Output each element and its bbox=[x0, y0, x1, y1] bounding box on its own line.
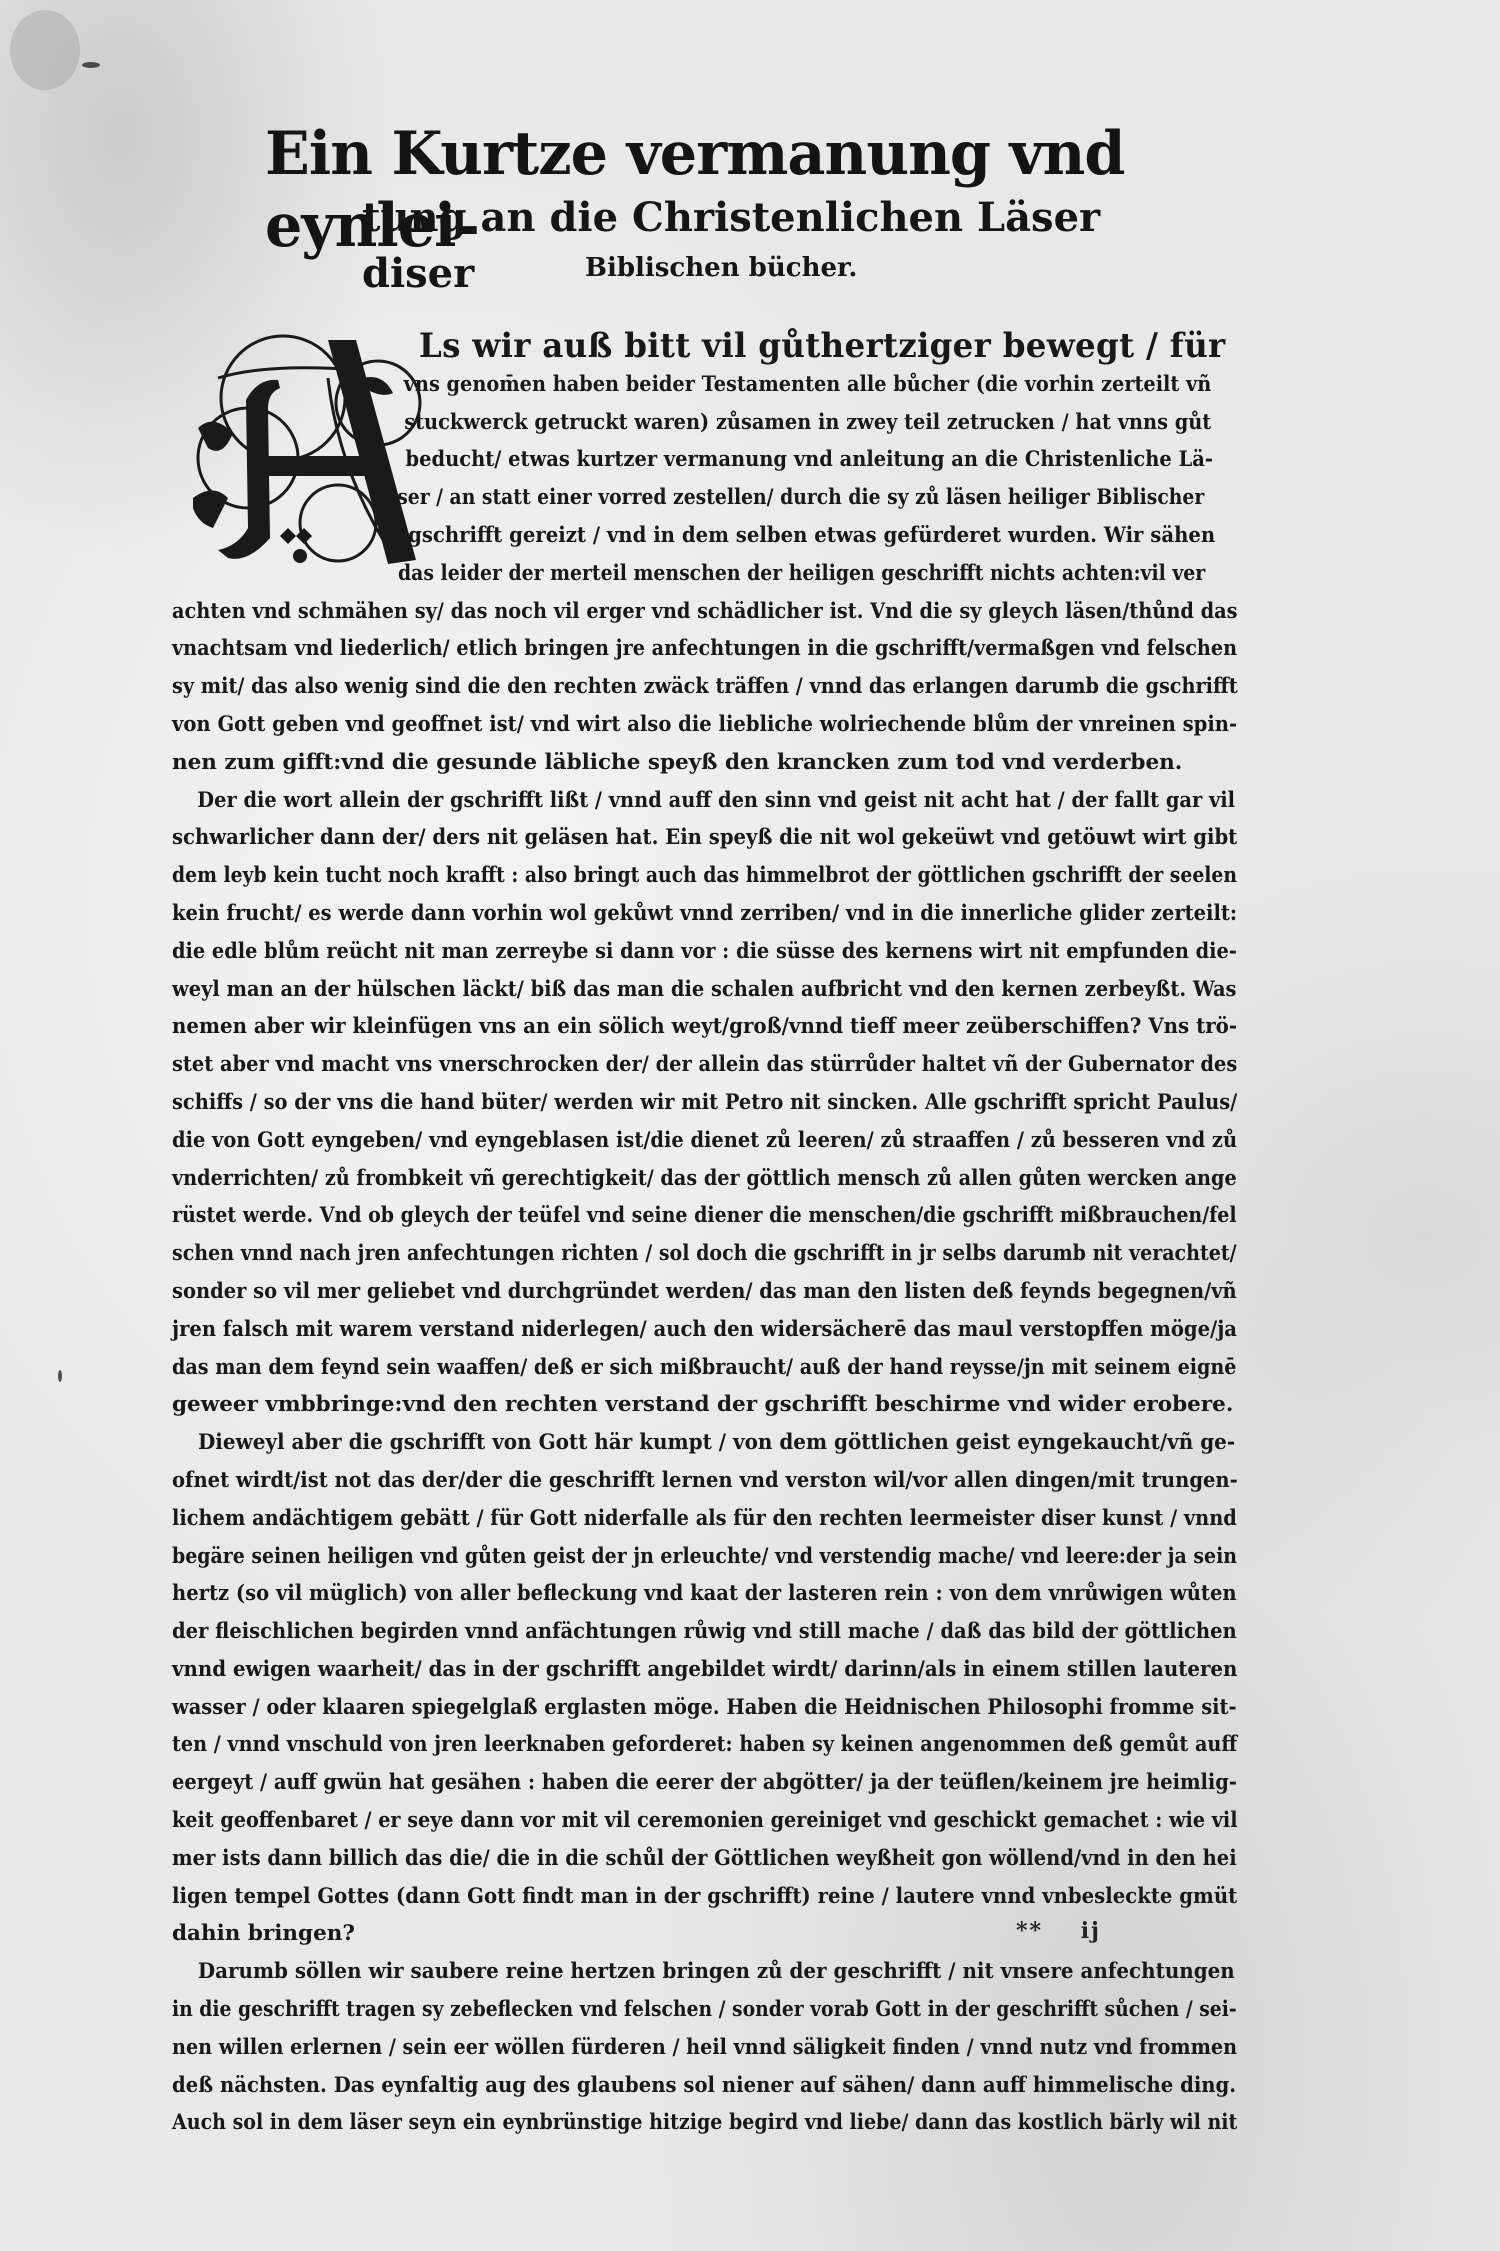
signature-asterisks: ** bbox=[1016, 1918, 1043, 1944]
book-page: Ein Kurtze vermanung vnd eynlei- tung an… bbox=[0, 0, 1500, 2251]
text-line: schen vnnd nach jren anfechtungen richte… bbox=[172, 1235, 1115, 1273]
text-line: gschrifft gereizt / vnd in dem selben et… bbox=[172, 517, 1146, 555]
text-line: geweer vmbbringe:vnd den rechten verstan… bbox=[172, 1386, 1237, 1424]
text-line: ten / vnnd vnschuld von jren leerknaben … bbox=[172, 1726, 1123, 1764]
text-line: vnderrichten/ zů frombkeit vñ gerechtigk… bbox=[172, 1160, 1124, 1198]
text-line: schwarlicher dann der/ ders nit geläsen … bbox=[172, 819, 1144, 857]
ink-speck bbox=[58, 1370, 62, 1382]
text-line: deß nächsten. Das eynfaltig aug des glau… bbox=[172, 2067, 1144, 2105]
signature-mark: ** ij bbox=[1016, 1918, 1101, 1944]
title-line-3: Biblischen bücher. bbox=[585, 248, 985, 288]
text-line: nemen aber wir kleinfügen vns an ein söl… bbox=[172, 1008, 1154, 1046]
folio-number: ij bbox=[1081, 1918, 1101, 1944]
paper-stain bbox=[10, 10, 80, 90]
text-line: stuckwerck getruckt waren) zůsamen in zw… bbox=[172, 404, 1131, 442]
text-line: lichem andächtigem gebätt / für Gott nid… bbox=[172, 1500, 1131, 1538]
text-line: vns genom̄en haben beider Testamenten al… bbox=[172, 366, 1128, 404]
text-line: nen willen erlernen / sein eer wöllen fü… bbox=[172, 2029, 1123, 2067]
text-line: von Gott geben vnd geoffnet ist/ vnd wir… bbox=[172, 706, 1141, 744]
text-line: stet aber vnd macht vns vnerschrocken de… bbox=[172, 1046, 1134, 1084]
text-line: das leider der merteil menschen der heil… bbox=[172, 555, 1105, 593]
text-line: die von Gott eyngeben/ vnd eyngeblasen i… bbox=[172, 1122, 1134, 1160]
text-line: schiffs / so der vns die hand büter/ wer… bbox=[172, 1084, 1133, 1122]
text-line: Auch sol in dem läser seyn ein eynbrünst… bbox=[172, 2104, 1113, 2142]
text-line: ofnet wirdt/ist not das der/der die gesc… bbox=[172, 1462, 1140, 1500]
text-line: sy mit/ das also wenig sind die den rech… bbox=[172, 668, 1126, 706]
text-line: keit geoffenbaret / er seye dann vor mit… bbox=[172, 1802, 1123, 1840]
text-line: nen zum gifft:vnd die gesunde läbliche s… bbox=[172, 744, 1237, 782]
text-line: in die geschrifft tragen sy zebeflecken … bbox=[172, 1991, 1101, 2029]
text-line: beducht/ etwas kurtzer vermanung vnd anl… bbox=[172, 441, 1136, 479]
paragraph-start-line: Der die wort allein der gschrifft lißt /… bbox=[172, 782, 1134, 820]
text-line: die edle blům reücht nit man zerreybe si… bbox=[172, 933, 1131, 971]
text-line: sonder so vil mer geliebet vnd durchgrün… bbox=[172, 1273, 1137, 1311]
text-line: begäre seinen heiligen vnd gůten geist d… bbox=[172, 1538, 1109, 1576]
text-line: Ls wir auß bitt vil gůthertziger bewegt … bbox=[172, 328, 1191, 366]
text-line: vnachtsam vnd liederlich/ etlich bringen… bbox=[172, 630, 1124, 668]
text-line: vnnd ewigen waarheit/ das in der gschrif… bbox=[172, 1651, 1152, 1689]
text-line: rüstet werde. Vnd ob gleych der teüfel v… bbox=[172, 1197, 1112, 1235]
text-line: das man dem feynd sein waaffen/ deß er s… bbox=[172, 1349, 1120, 1387]
ink-speck bbox=[82, 62, 100, 68]
text-line: kein frucht/ es werde dann vorhin wol ge… bbox=[172, 895, 1139, 933]
text-line: ser / an statt einer vorred zestellen/ d… bbox=[172, 479, 1102, 517]
paragraph-start-line: Dieweyl aber die gschrifft von Gott här … bbox=[172, 1424, 1160, 1462]
paragraph-start-line: Darumb söllen wir saubere reine hertzen … bbox=[172, 1953, 1157, 1991]
text-line: achten vnd schmähen sy/ das noch vil erg… bbox=[172, 593, 1129, 631]
text-line: eergeyt / auff gwün hat gesähen : haben … bbox=[172, 1764, 1135, 1802]
body-text: Ls wir auß bitt vil gůthertziger bewegt … bbox=[172, 328, 1237, 2142]
text-line: ligen tempel Gottes (dann Gott findt man… bbox=[172, 1878, 1146, 1916]
text-line: der fleischlichen begirden vnnd anfächtu… bbox=[172, 1613, 1139, 1651]
text-line: mer ists dann billich das die/ die in di… bbox=[172, 1840, 1139, 1878]
text-line: dem leyb kein tucht noch krafft : also b… bbox=[172, 857, 1102, 895]
text-line: wasser / oder klaaren spiegelglaß erglas… bbox=[172, 1689, 1134, 1727]
text-line: jren falsch mit warem verstand niderlege… bbox=[172, 1311, 1142, 1349]
text-line: hertz (so vil müglich) von aller befleck… bbox=[172, 1575, 1140, 1613]
text-line: weyl man an der hülschen läckt/ biß das … bbox=[172, 971, 1134, 1009]
